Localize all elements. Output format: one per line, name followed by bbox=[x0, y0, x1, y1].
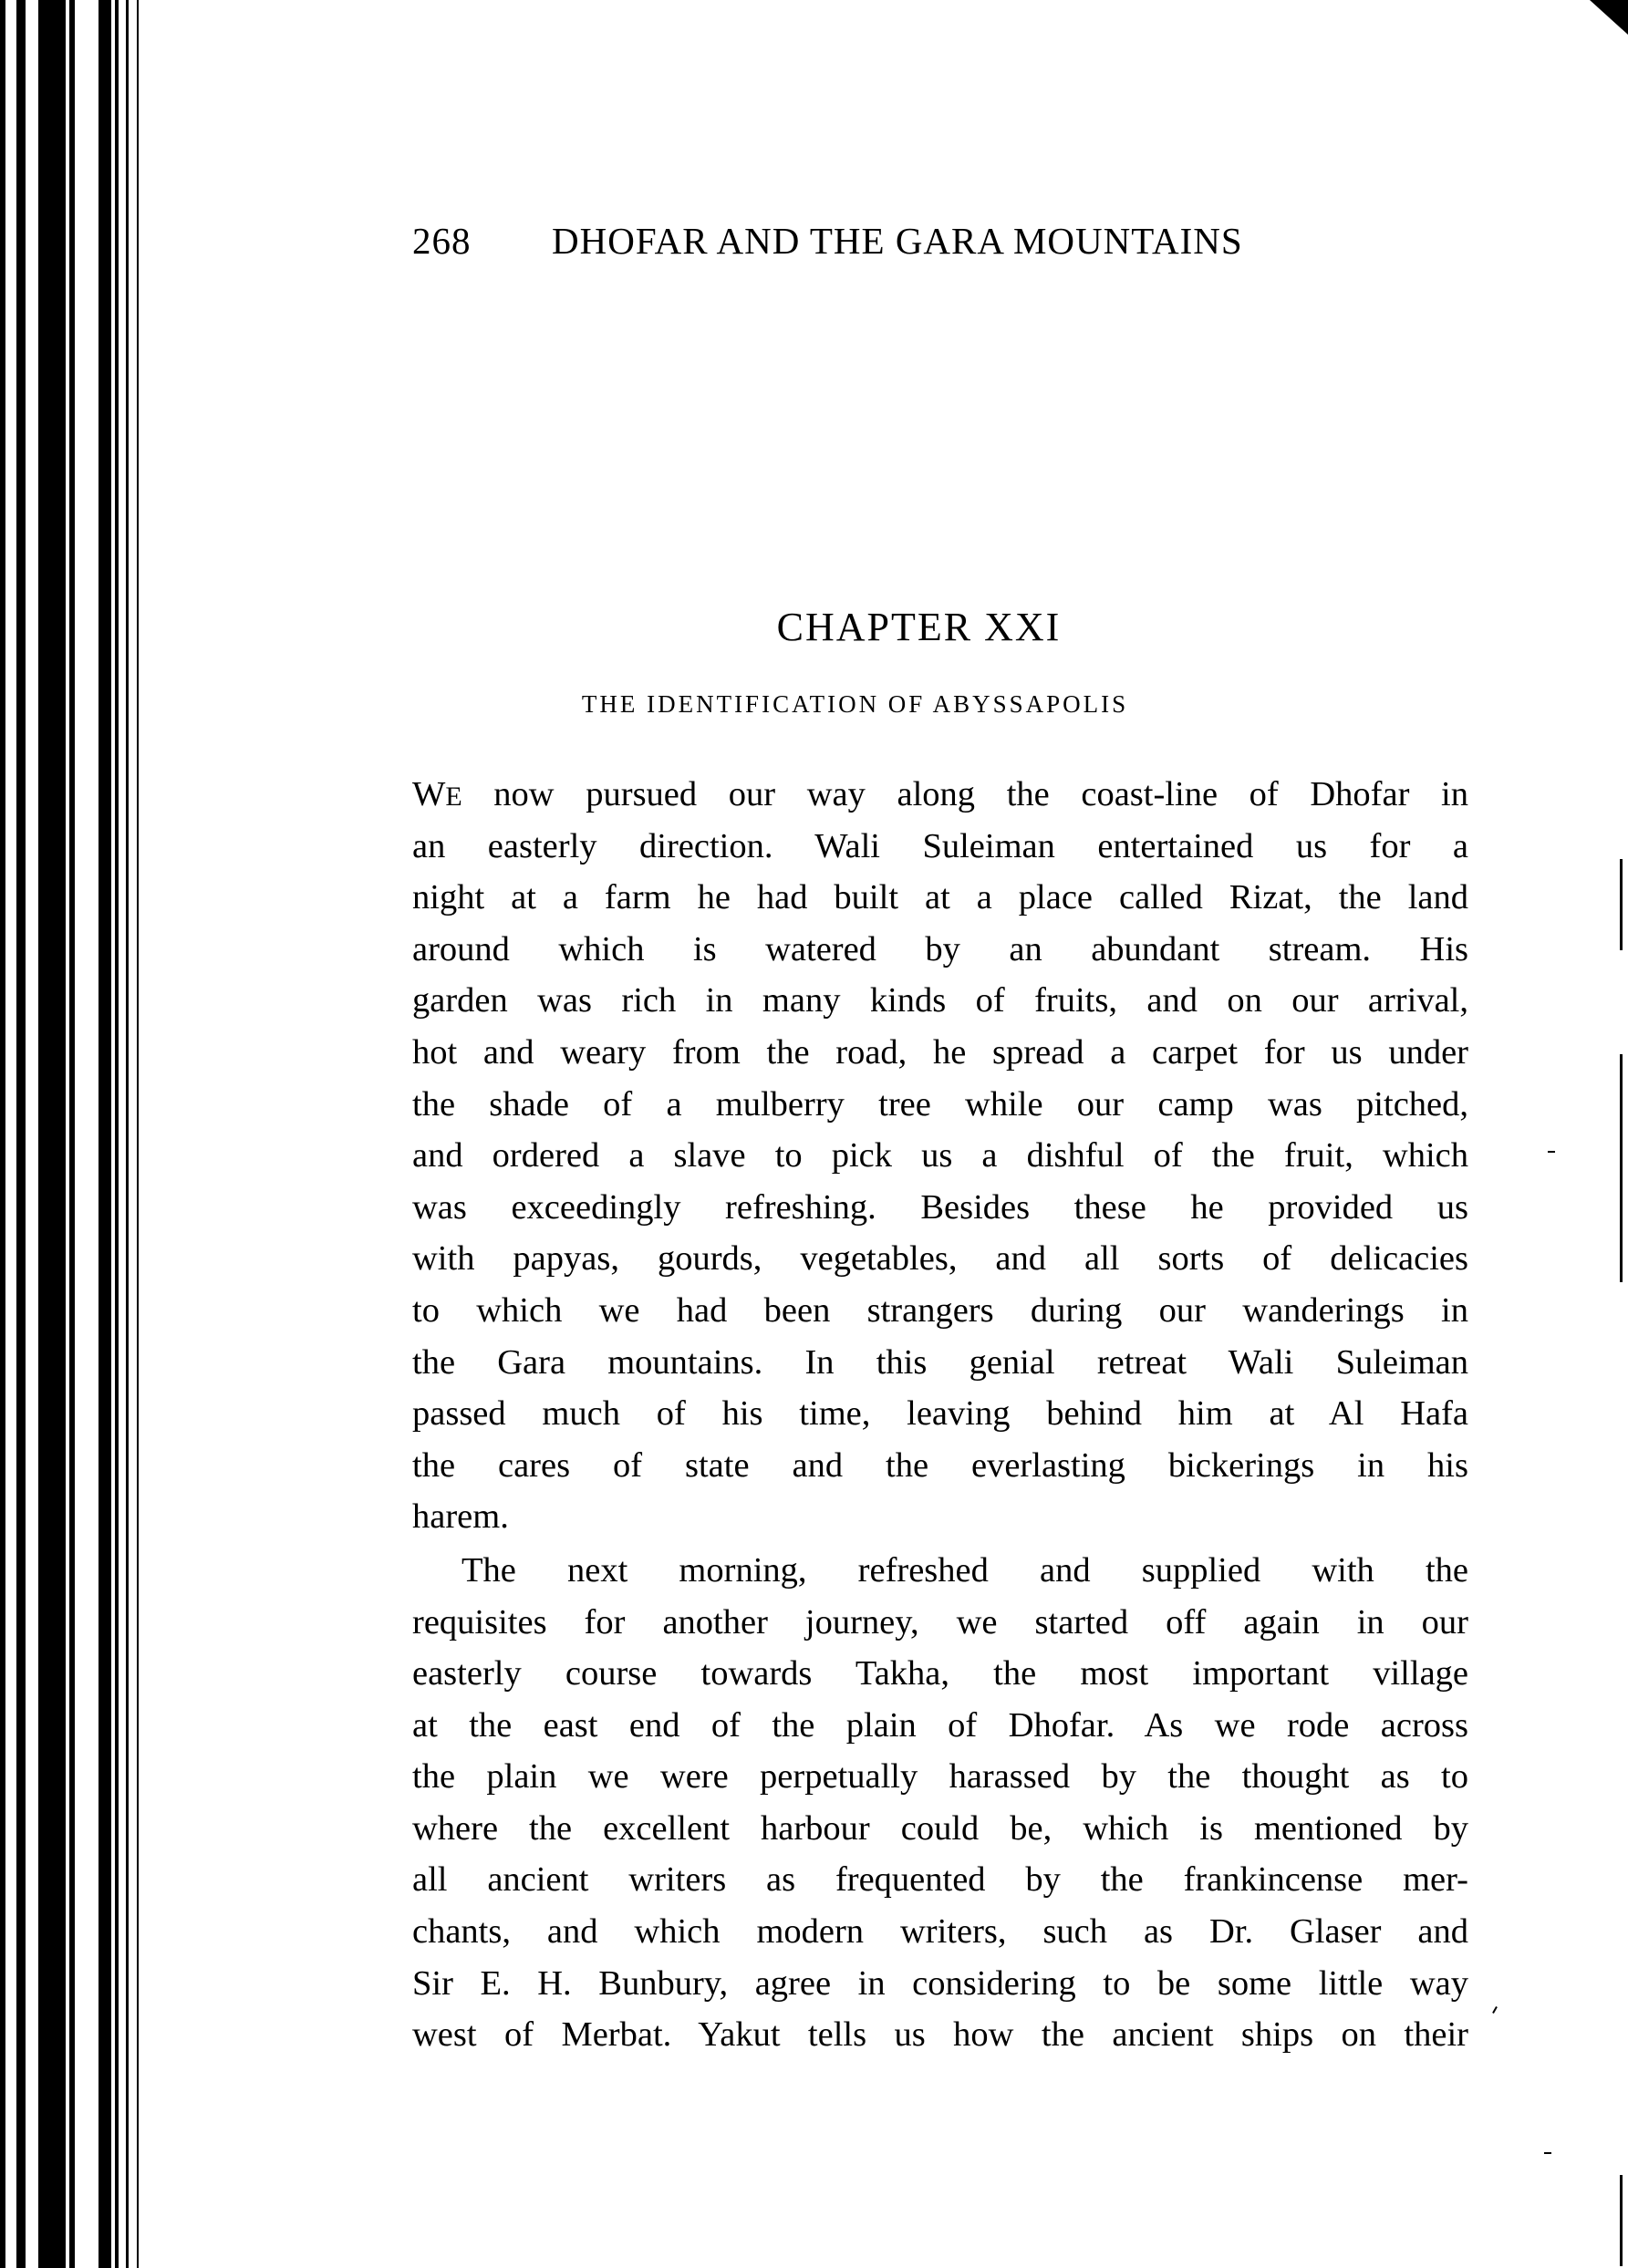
text-line: The next morning, refreshed and supplied… bbox=[412, 1545, 1468, 1597]
text-line: the Gara mountains. In this genial retre… bbox=[412, 1337, 1468, 1389]
binding-spine-shadow bbox=[0, 0, 160, 2268]
text-line: the plain we were perpetually harassed b… bbox=[412, 1751, 1468, 1803]
scan-speck bbox=[1544, 2152, 1551, 2154]
text-line: harem. bbox=[412, 1491, 1468, 1543]
text-line: west of Merbat. Yakut tells us how the a… bbox=[412, 2009, 1468, 2061]
text-line: the shade of a mulberry tree while our c… bbox=[412, 1079, 1468, 1131]
text-line: WE now pursued our way along the coast-l… bbox=[412, 769, 1468, 821]
text-line: passed much of his time, leaving behind … bbox=[412, 1388, 1468, 1440]
running-head-title: DHOFAR AND THE GARA MOUNTAINS bbox=[552, 219, 1243, 263]
scan-speck bbox=[1492, 2006, 1498, 2014]
scan-edge-line bbox=[1620, 2175, 1623, 2266]
chapter-subtitle: THE IDENTIFICATION OF ABYSSAPOLIS bbox=[0, 690, 1628, 719]
drop-initial: W bbox=[412, 775, 445, 813]
scan-corner-artifact bbox=[1590, 0, 1628, 35]
text-line: chants, and which modern writers, such a… bbox=[412, 1906, 1468, 1958]
page-number: 268 bbox=[412, 219, 472, 263]
chapter-title: CHAPTER XXI bbox=[0, 604, 1628, 650]
text-line: garden was rich in many kinds of fruits,… bbox=[412, 975, 1468, 1027]
text-line: requisites for another journey, we start… bbox=[412, 1597, 1468, 1649]
text-line: was exceedingly refreshing. Besides thes… bbox=[412, 1182, 1468, 1234]
scan-speck bbox=[1548, 1151, 1555, 1153]
body-text: WE now pursued our way along the coast-l… bbox=[412, 769, 1468, 2061]
text-line: and ordered a slave to pick us a dishful… bbox=[412, 1130, 1468, 1182]
scan-edge-line bbox=[1620, 859, 1623, 950]
paragraph: The next morning, refreshed and supplied… bbox=[412, 1545, 1468, 2061]
text-line: easterly course towards Takha, the most … bbox=[412, 1648, 1468, 1700]
text-line: all ancient writers as frequented by the… bbox=[412, 1854, 1468, 1906]
text-line: at the east end of the plain of Dhofar. … bbox=[412, 1700, 1468, 1752]
small-cap: E bbox=[445, 782, 461, 812]
text-line: Sir E. H. Bunbury, agree in considering … bbox=[412, 1958, 1468, 2010]
text-line: around which is watered by an abundant s… bbox=[412, 924, 1468, 976]
text-line: where the excellent harbour could be, wh… bbox=[412, 1803, 1468, 1855]
text-line: an easterly direction. Wali Suleiman ent… bbox=[412, 821, 1468, 873]
text-line: with papyas, gourds, vegetables, and all… bbox=[412, 1233, 1468, 1285]
running-head: 268 DHOFAR AND THE GARA MOUNTAINS bbox=[412, 219, 1507, 264]
text-line: hot and weary from the road, he spread a… bbox=[412, 1027, 1468, 1079]
text-line: to which we had been strangers during ou… bbox=[412, 1285, 1468, 1337]
scan-edge-line bbox=[1620, 1054, 1623, 1282]
text-line: the cares of state and the everlasting b… bbox=[412, 1440, 1468, 1492]
paragraph: WE now pursued our way along the coast-l… bbox=[412, 769, 1468, 1543]
text-line: night at a farm he had built at a place … bbox=[412, 872, 1468, 924]
